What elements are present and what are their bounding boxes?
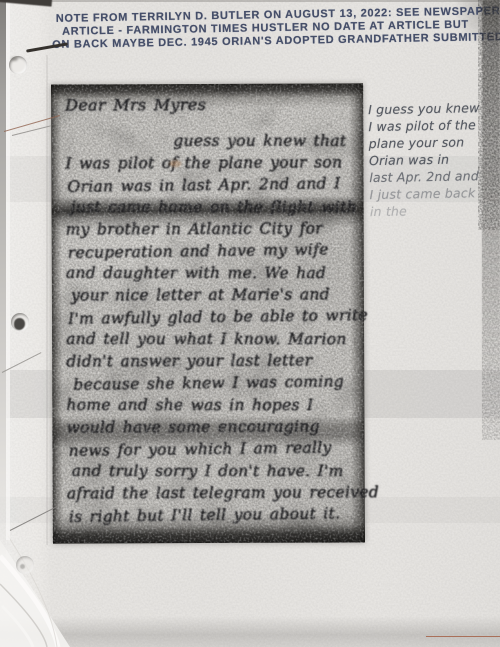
margin-note-line: I guess you knew — [368, 99, 496, 118]
letter-line: guess you knew that — [173, 130, 355, 152]
letter-line: and truly sorry I don't have. I'm — [72, 460, 357, 482]
letter-line: and daughter with me. We had — [66, 262, 356, 284]
letter-line: news for you which I am really — [68, 436, 358, 462]
letter-line: because she knew I was coming — [73, 370, 358, 396]
letter-salutation: Dear Mrs Myres — [65, 93, 355, 116]
hole-punch-bottom — [16, 556, 34, 574]
margin-note: I guess you knew I was pilot of the plan… — [368, 99, 498, 220]
hole-punch-middle — [11, 313, 29, 331]
letter-line: recuperation and have my wife — [68, 238, 358, 264]
letter-line: and tell you what I know. Marion — [66, 328, 356, 350]
scanned-page: Dear Mrs Myres guess you knew that I was… — [0, 0, 500, 647]
paper-stain — [169, 160, 181, 167]
left-edge-highlight — [6, 0, 10, 540]
letter-line: home and she was in hopes I — [66, 394, 356, 416]
letter-line: I'm awfully glad to be able to write — [68, 304, 358, 330]
archivist-note: NOTE FROM TERRILYN D. BUTLER ON AUGUST 1… — [56, 5, 500, 52]
letter-line: my brother in Atlantic City for — [66, 217, 356, 240]
letter-line: is right but I'll tell you about it. — [69, 502, 359, 528]
scan-edge-artifact — [482, 0, 500, 445]
letter-line: your nice letter at Marie's and — [71, 283, 356, 306]
bottom-scan-line — [426, 636, 500, 637]
bottom-shadow-band — [0, 616, 500, 647]
letter-line: Orian was in last Apr. 2nd and I — [67, 172, 357, 198]
hole-punch-top — [9, 56, 27, 74]
letter-line: would have some encouraging — [66, 415, 356, 438]
letter-line: didn't answer your last letter — [66, 349, 356, 372]
letter-text: Dear Mrs Myres guess you knew that I was… — [51, 83, 365, 526]
letter-body: guess you knew that I was pilot of the p… — [65, 129, 357, 526]
margin-note-line: in the — [370, 201, 498, 220]
letter-line: afraid the last telegram you received — [67, 481, 357, 504]
letter-line: I was pilot of the plane your son — [65, 151, 355, 174]
letter-line: just came home on the flight with — [71, 196, 356, 218]
sheet-edge-line — [46, 55, 48, 545]
photocopied-letter: Dear Mrs Myres guess you knew that I was… — [51, 83, 365, 543]
top-scan-edge — [0, 0, 500, 2]
